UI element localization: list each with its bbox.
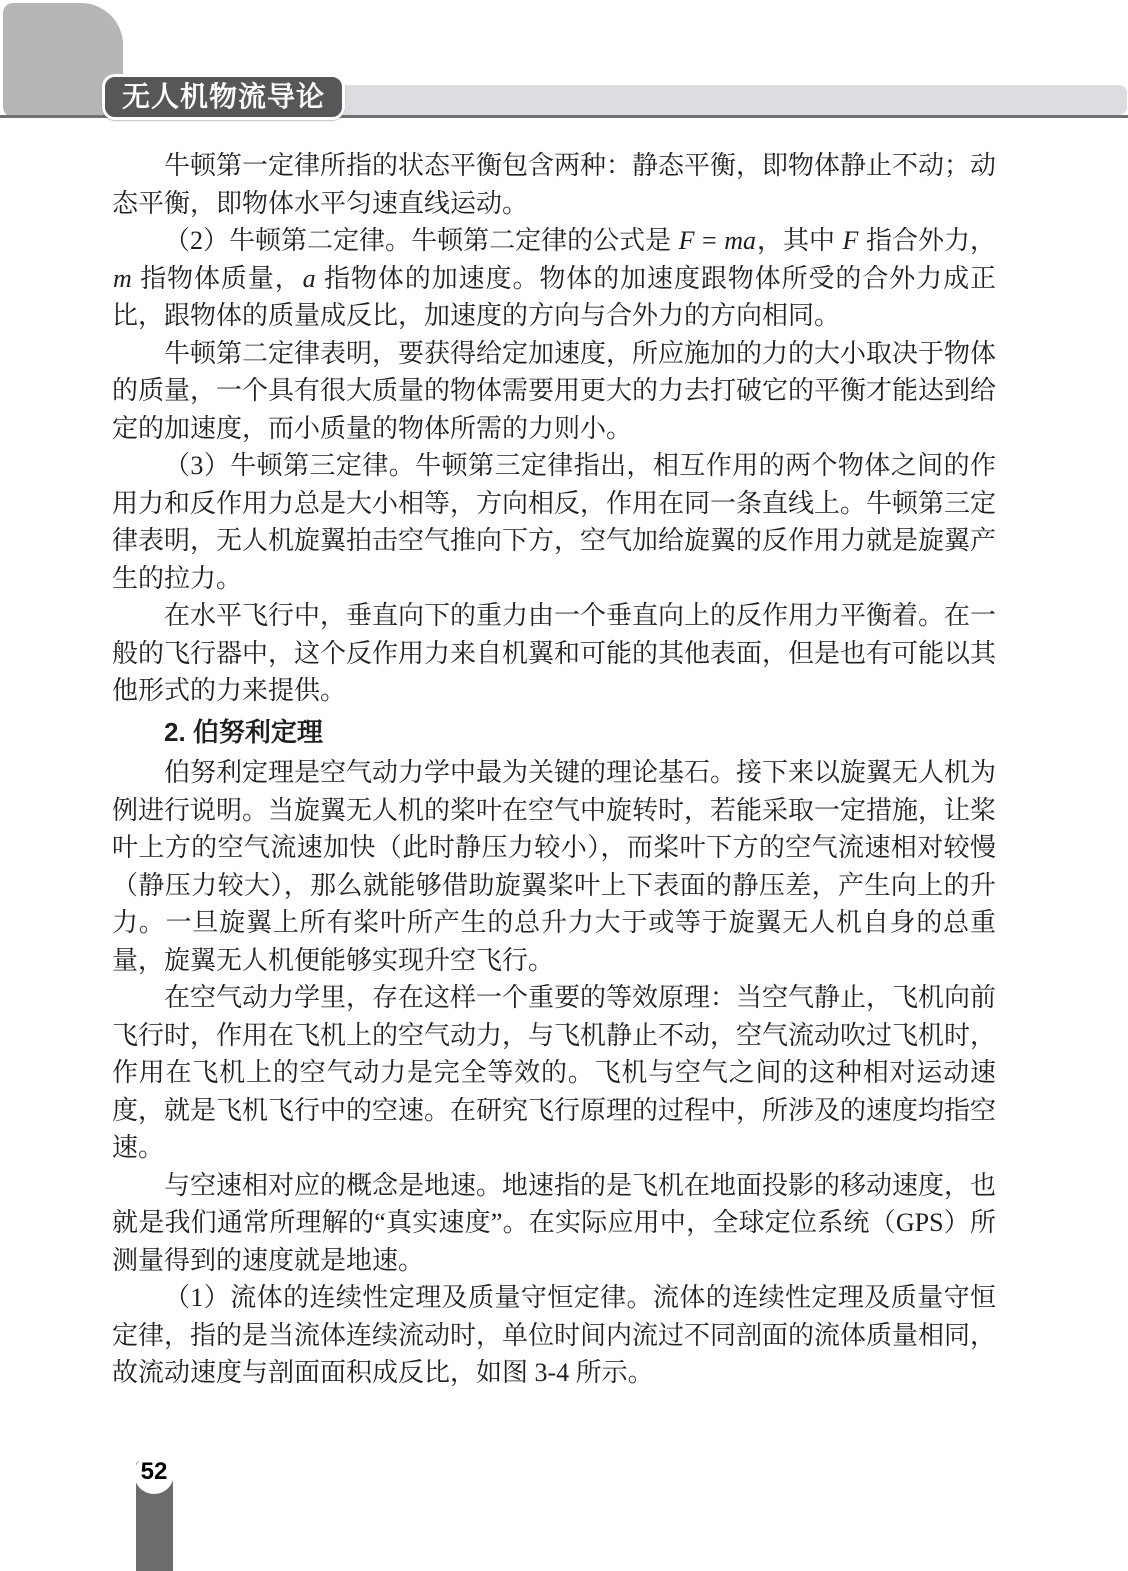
text-run: 指物体质量， (133, 264, 302, 293)
paragraph: 牛顿第二定律表明，要获得给定加速度，所应施加的力的大小取决于物体的质量，一个具有… (112, 335, 996, 448)
text-run: = (696, 226, 724, 255)
section-heading: 2. 伯努利定理 (112, 714, 996, 752)
math-variable: F (842, 226, 860, 255)
paragraph: 在空气动力学里，存在这样一个重要的等效原理：当空气静止，飞机向前飞行时，作用在飞… (112, 979, 996, 1167)
book-page: 无人机物流导论 牛顿第一定律所指的状态平衡包含两种：静态平衡，即物体静止不动；动… (0, 0, 1128, 1571)
text-run: （2）牛顿第二定律。牛顿第二定律的公式是 (164, 226, 678, 255)
page-number: 52 (141, 1458, 168, 1486)
text-run: 2. 伯努利定理 (164, 717, 323, 747)
paragraph: （1）流体的连续性定理及质量守恒定律。流体的连续性定理及质量守恒定律，指的是当流… (112, 1279, 996, 1392)
text-run: 在空气动力学里，存在这样一个重要的等效原理：当空气静止，飞机向前飞行时，作用在飞… (112, 983, 996, 1162)
math-variable: F (678, 226, 696, 255)
paragraph: 与空速相对应的概念是地速。地速指的是飞机在地面投影的移动速度，也就是我们通常所理… (112, 1167, 996, 1280)
text-run: 伯努利定理是空气动力学中最为关键的理论基石。接下来以旋翼无人机为例进行说明。当旋… (112, 758, 996, 975)
text-run: 在水平飞行中，垂直向下的重力由一个垂直向上的反作用力平衡着。在一般的飞行器中，这… (112, 601, 996, 705)
paragraph: 在水平飞行中，垂直向下的重力由一个垂直向上的反作用力平衡着。在一般的飞行器中，这… (112, 597, 996, 710)
text-run: 牛顿第二定律表明，要获得给定加速度，所应施加的力的大小取决于物体的质量，一个具有… (112, 339, 996, 443)
page-number-circle: 52 (134, 1454, 174, 1494)
text-run: （3）牛顿第三定律。牛顿第三定律指出，相互作用的两个物体之间的作用力和反作用力总… (112, 451, 996, 593)
paragraph: （2）牛顿第二定律。牛顿第二定律的公式是 F = ma，其中 F 指合外力，m … (112, 222, 996, 335)
paragraph: 牛顿第一定律所指的状态平衡包含两种：静态平衡，即物体静止不动；动态平衡，即物体水… (112, 147, 996, 222)
chapter-badge: 无人机物流导论 (102, 74, 345, 120)
page-body: 牛顿第一定律所指的状态平衡包含两种：静态平衡，即物体静止不动；动态平衡，即物体水… (112, 147, 996, 1392)
chapter-badge-label: 无人机物流导论 (122, 81, 325, 112)
math-variable: m (112, 264, 133, 293)
text-run: （1）流体的连续性定理及质量守恒定律。流体的连续性定理及质量守恒定律，指的是当流… (112, 1283, 996, 1387)
math-variable: a (302, 264, 317, 293)
paragraph: （3）牛顿第三定律。牛顿第三定律指出，相互作用的两个物体之间的作用力和反作用力总… (112, 447, 996, 597)
text-run: 牛顿第一定律所指的状态平衡包含两种：静态平衡，即物体静止不动；动态平衡，即物体水… (112, 151, 996, 218)
text-run: 与空速相对应的概念是地速。地速指的是飞机在地面投影的移动速度，也就是我们通常所理… (112, 1171, 996, 1275)
text-run: 指合外力， (859, 226, 996, 255)
paragraph: 伯努利定理是空气动力学中最为关键的理论基石。接下来以旋翼无人机为例进行说明。当旋… (112, 754, 996, 979)
math-variable: ma (723, 226, 757, 255)
text-run: ，其中 (757, 226, 842, 255)
